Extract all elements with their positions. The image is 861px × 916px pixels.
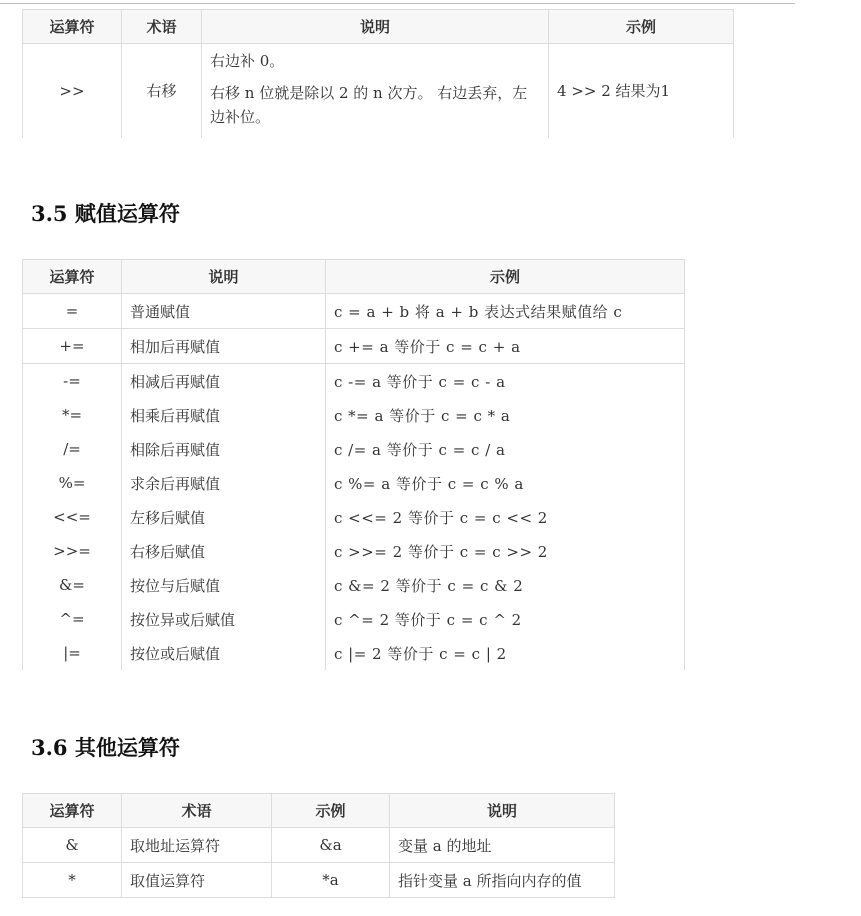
operator-cell: = (23, 294, 122, 329)
example-cell: c >>= 2 等价于 c = c >> 2 (326, 534, 685, 568)
table-row: -= 相减后再赋值 c -= a 等价于 c = c - a (23, 364, 685, 399)
header-example: 示例 (326, 260, 685, 294)
operator-cell: & (23, 828, 122, 863)
header-example: 示例 (549, 10, 734, 44)
table-header-row: 运算符 术语 说明 示例 (23, 10, 734, 44)
description-cell: 指针变量 a 所指向内存的值 (390, 863, 615, 898)
header-operator: 运算符 (23, 260, 122, 294)
operator-cell: >> (23, 44, 122, 138)
operator-cell: += (23, 329, 122, 364)
operator-cell: /= (23, 432, 122, 466)
example-cell: c |= 2 等价于 c = c | 2 (326, 636, 685, 670)
description-cell: 按位或后赋值 (122, 636, 326, 670)
example-cell: 4 >> 2 结果为1 (549, 44, 734, 138)
table-row: >>= 右移后赋值 c >>= 2 等价于 c = c >> 2 (23, 534, 685, 568)
other-operators-table: 运算符 术语 示例 说明 & 取地址运算符 &a 变量 a 的地址 * 取值运算… (22, 793, 615, 898)
example-cell: c <<= 2 等价于 c = c << 2 (326, 500, 685, 534)
description-line: 右移 n 位就是除以 2 的 n 次方。 右边丢弃，左边补位。 (210, 81, 540, 129)
term-cell: 取地址运算符 (122, 828, 272, 863)
description-cell: 求余后再赋值 (122, 466, 326, 500)
assignment-operators-table: 运算符 说明 示例 = 普通赋值 c = a + b 将 a + b 表达式结果… (22, 259, 685, 670)
description-cell: 按位异或后赋值 (122, 602, 326, 636)
section-heading-3-6: 3.6 其他运算符 (31, 732, 180, 762)
table-row: * 取值运算符 *a 指针变量 a 所指向内存的值 (23, 863, 615, 898)
operator-cell: |= (23, 636, 122, 670)
table-row: += 相加后再赋值 c += a 等价于 c = c + a (23, 329, 685, 364)
operator-cell: &= (23, 568, 122, 602)
header-description: 说明 (390, 794, 615, 828)
example-cell: c = a + b 将 a + b 表达式结果赋值给 c (326, 294, 685, 329)
example-cell: c %= a 等价于 c = c % a (326, 466, 685, 500)
header-description: 说明 (202, 10, 549, 44)
table-row: <<= 左移后赋值 c <<= 2 等价于 c = c << 2 (23, 500, 685, 534)
table-row: &= 按位与后赋值 c &= 2 等价于 c = c & 2 (23, 568, 685, 602)
example-cell: &a (272, 828, 390, 863)
header-description: 说明 (122, 260, 326, 294)
table-row: = 普通赋值 c = a + b 将 a + b 表达式结果赋值给 c (23, 294, 685, 329)
example-cell: c ^= 2 等价于 c = c ^ 2 (326, 602, 685, 636)
operator-cell: >>= (23, 534, 122, 568)
term-cell: 右移 (122, 44, 202, 138)
operator-cell: ^= (23, 602, 122, 636)
table-header-row: 运算符 术语 示例 说明 (23, 794, 615, 828)
header-example: 示例 (272, 794, 390, 828)
description-cell: 右移后赋值 (122, 534, 326, 568)
operator-cell: *= (23, 398, 122, 432)
description-cell: 相减后再赋值 (122, 364, 326, 399)
operator-cell: <<= (23, 500, 122, 534)
description-cell: 相除后再赋值 (122, 432, 326, 466)
description-cell: 相加后再赋值 (122, 329, 326, 364)
example-cell: *a (272, 863, 390, 898)
operator-cell: %= (23, 466, 122, 500)
description-cell: 按位与后赋值 (122, 568, 326, 602)
table-row: /= 相除后再赋值 c /= a 等价于 c = c / a (23, 432, 685, 466)
header-term: 术语 (122, 10, 202, 44)
table-row: ^= 按位异或后赋值 c ^= 2 等价于 c = c ^ 2 (23, 602, 685, 636)
bitwise-operators-table: 运算符 术语 说明 示例 >> 右移 右边补 0。 右移 n 位就是除以 2 的… (22, 9, 734, 138)
operator-cell: -= (23, 364, 122, 399)
header-term: 术语 (122, 794, 272, 828)
table-row: >> 右移 右边补 0。 右移 n 位就是除以 2 的 n 次方。 右边丢弃，左… (23, 44, 734, 138)
header-operator: 运算符 (23, 10, 122, 44)
table-header-row: 运算符 说明 示例 (23, 260, 685, 294)
operator-cell: * (23, 863, 122, 898)
example-cell: c &= 2 等价于 c = c & 2 (326, 568, 685, 602)
table-row: *= 相乘后再赋值 c *= a 等价于 c = c * a (23, 398, 685, 432)
table-row: & 取地址运算符 &a 变量 a 的地址 (23, 828, 615, 863)
example-cell: c /= a 等价于 c = c / a (326, 432, 685, 466)
description-cell: 右边补 0。 右移 n 位就是除以 2 的 n 次方。 右边丢弃，左边补位。 (202, 44, 549, 138)
table-row: %= 求余后再赋值 c %= a 等价于 c = c % a (23, 466, 685, 500)
example-cell: c += a 等价于 c = c + a (326, 329, 685, 364)
example-cell: c -= a 等价于 c = c - a (326, 364, 685, 399)
table-row: |= 按位或后赋值 c |= 2 等价于 c = c | 2 (23, 636, 685, 670)
term-cell: 取值运算符 (122, 863, 272, 898)
section-heading-3-5: 3.5 赋值运算符 (31, 198, 180, 228)
description-cell: 普通赋值 (122, 294, 326, 329)
description-cell: 左移后赋值 (122, 500, 326, 534)
description-cell: 变量 a 的地址 (390, 828, 615, 863)
header-operator: 运算符 (23, 794, 122, 828)
top-divider (0, 3, 795, 4)
example-cell: c *= a 等价于 c = c * a (326, 398, 685, 432)
description-line: 右边补 0。 (210, 49, 540, 73)
description-cell: 相乘后再赋值 (122, 398, 326, 432)
